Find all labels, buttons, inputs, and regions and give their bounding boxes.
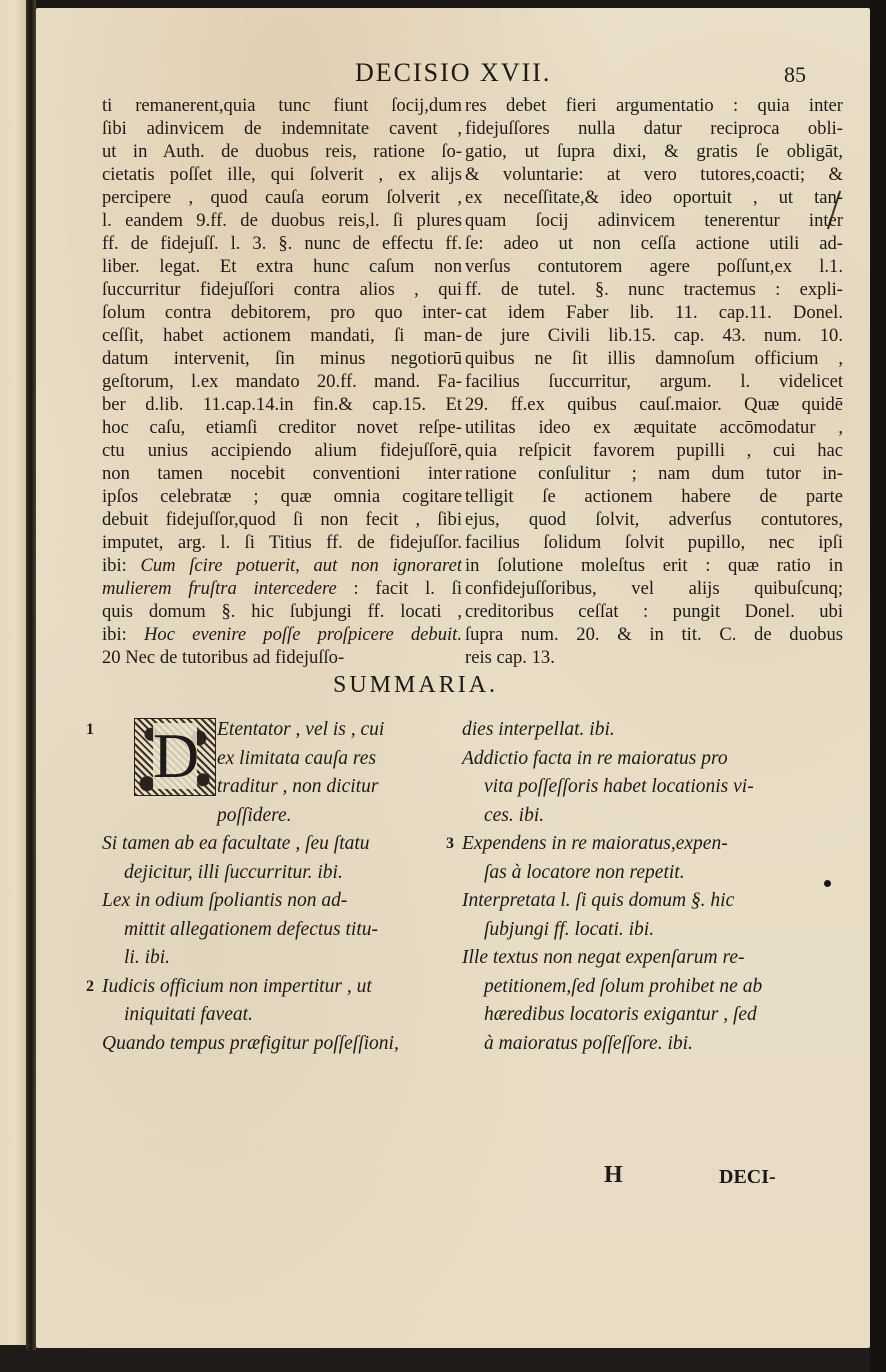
catchword: DECI- bbox=[719, 1166, 776, 1189]
text-line: & voluntarie: at vero tutores,coacti; & bbox=[465, 163, 843, 186]
text-line: 29. ff.ex quibus cauſ.maior. Quæ quidē bbox=[465, 393, 843, 416]
text-line: quam ſocij adinvicem tenerentur inter bbox=[465, 209, 843, 232]
summary-line: Quando tempus præfigitur poſſeſſioni, bbox=[102, 1030, 447, 1059]
text-line: ff. de tutel. §. nunc tractemus : expli- bbox=[465, 278, 843, 301]
text-line: imputet, arg. l. ſi Titius ff. de fideju… bbox=[102, 531, 462, 554]
text-line: verſus contutorem agere poſſunt,ex l.1. bbox=[465, 255, 843, 278]
summary-line: Iudicis officium non impertitur , ut bbox=[102, 973, 447, 1002]
running-head: DECISIO XVII. bbox=[355, 58, 551, 88]
summary-line: poſſidere. bbox=[102, 802, 447, 831]
text-line: ctu unius accipiendo alium fidejuſſorē, bbox=[102, 439, 462, 462]
text-line: datum intervenit, ſin minus negotiorū bbox=[102, 347, 462, 370]
text-column-right: res debet fieri argumentatio : quia inte… bbox=[465, 94, 843, 669]
text-line: non tamen nocebit conventioni inter bbox=[102, 462, 462, 485]
text-line: ſuccurritur fidejuſſori contra alios , q… bbox=[102, 278, 462, 301]
summary-entry: Addictio facta in re maioratus provita p… bbox=[462, 745, 822, 831]
text-line: ibi: Hoc evenire poſſe proſpicere debuit… bbox=[102, 623, 462, 646]
text-line: quibus ne ſit illis damnoſum officium , bbox=[465, 347, 843, 370]
entry-number: 1 bbox=[86, 716, 94, 745]
text-line: cietatis poſſet ille, qui ſolverit , ex … bbox=[102, 163, 462, 186]
scan-top-edge bbox=[0, 0, 886, 8]
summary-line: Addictio facta in re maioratus pro bbox=[462, 745, 822, 774]
text-line: ſolum contra debitorem, pro quo inter- bbox=[102, 301, 462, 324]
text-line: ibi: Cum ſcire potuerit, aut non ignorar… bbox=[102, 554, 462, 577]
text-line: ſe: adeo ut non ceſſa actione utili ad- bbox=[465, 232, 843, 255]
text-line: quia reſpicit favorem pupilli , cui hac bbox=[465, 439, 843, 462]
summary-entry: dies interpellat. ibi. bbox=[462, 716, 822, 745]
summary-line: dies interpellat. ibi. bbox=[462, 716, 822, 745]
text-line: ex neceſſitate,& ideo oportuit , ut tan- bbox=[465, 186, 843, 209]
summary-line: ſubjungi ff. locati. ibi. bbox=[462, 916, 822, 945]
text-line: ipſos celebratæ ; quæ omnia cogitare bbox=[102, 485, 462, 508]
text-line: gatio, ut ſupra dixi, & gratis ſe obligā… bbox=[465, 140, 843, 163]
summary-line: li. ibi. bbox=[102, 944, 447, 973]
summaria-column-left: 1Etentator , vel is , cuiex limitata cau… bbox=[102, 716, 447, 1058]
text-line: ut in Auth. de duobus reis, ratione ſo- bbox=[102, 140, 462, 163]
summary-line: Interpretata l. ſi quis domum §. hic bbox=[462, 887, 822, 916]
text-line: res debet fieri argumentatio : quia inte… bbox=[465, 94, 843, 117]
summary-entry: Si tamen ab ea facultate , ſeu ſtatudeji… bbox=[102, 830, 447, 887]
summary-line: Expendens in re maioratus,expen- bbox=[462, 830, 822, 859]
text-column-left: ti remanerent,quia tunc fiunt ſocij,dumſ… bbox=[102, 94, 462, 669]
summary-entry: Quando tempus præfigitur poſſeſſioni, bbox=[102, 1030, 447, 1059]
summary-line: Si tamen ab ea facultate , ſeu ſtatu bbox=[102, 830, 447, 859]
text-line: telligit ſe actionem habere de parte bbox=[465, 485, 843, 508]
text-line: de jure Civili lib.15. cap. 43. num. 10. bbox=[465, 324, 843, 347]
text-line: debuit fidejuſſor,quod ſi non fecit , ſi… bbox=[102, 508, 462, 531]
summary-line: ces. ibi. bbox=[462, 802, 822, 831]
text-line: percipere , quod cauſa eorum ſolverit , bbox=[102, 186, 462, 209]
text-line: hoc caſu, etiamſi creditor novet reſpe- bbox=[102, 416, 462, 439]
summary-line: dejicitur, illi ſuccurritur. ibi. bbox=[102, 859, 447, 888]
section-title: SUMMARIA. bbox=[333, 672, 498, 699]
text-line: ff. de fidejuſſ. l. 3. §. nunc de effect… bbox=[102, 232, 462, 255]
summary-line: traditur , non dicitur bbox=[102, 773, 447, 802]
summary-line: vita poſſeſſoris habet locationis vi- bbox=[462, 773, 822, 802]
text-line: utilitas ideo ex æquitate accōmodatur , bbox=[465, 416, 843, 439]
text-line: ſibi adinvicem de indemnitate cavent , bbox=[102, 117, 462, 140]
text-line: cat idem Faber lib. 11. cap.11. Donel. bbox=[465, 301, 843, 324]
text-line: geſtorum, l.ex mandato 20.ff. mand. Fa- bbox=[102, 370, 462, 393]
entry-number: 2 bbox=[86, 973, 94, 1002]
summary-entry: 3Expendens in re maioratus,expen-ſas à l… bbox=[462, 830, 822, 887]
text-line: reis cap. 13. bbox=[465, 646, 843, 669]
text-line: liber. legat. Et extra hunc caſum non bbox=[102, 255, 462, 278]
summary-line: iniquitati faveat. bbox=[102, 1001, 447, 1030]
signature-mark: H bbox=[604, 1162, 623, 1189]
text-line: facilius ſuccurritur, argum. l. videlice… bbox=[465, 370, 843, 393]
summary-line: hæredibus locatoris exigantur , ſed bbox=[462, 1001, 822, 1030]
summary-line: Lex in odium ſpoliantis non ad- bbox=[102, 887, 447, 916]
summary-entry: 1Etentator , vel is , cuiex limitata cau… bbox=[102, 716, 447, 830]
text-line: 20 Nec de tutoribus ad fidejuſſo- bbox=[102, 646, 462, 669]
summary-line: Ille textus non negat expenſarum re- bbox=[462, 944, 822, 973]
summary-line: à maioratus poſſeſſore. ibi. bbox=[462, 1030, 822, 1059]
text-line: confidejuſſoribus, vel alijs quibuſcunq; bbox=[465, 577, 843, 600]
page-number: 85 bbox=[784, 62, 806, 88]
text-line: in ſolutione moleſtus erit : quæ ratio i… bbox=[465, 554, 843, 577]
summary-line: mittit allegationem defectus titu- bbox=[102, 916, 447, 945]
text-line: ſupra num. 20. & in tit. C. de duobus bbox=[465, 623, 843, 646]
text-line: ti remanerent,quia tunc fiunt ſocij,dum bbox=[102, 94, 462, 117]
summary-line: Etentator , vel is , cui bbox=[102, 716, 447, 745]
text-line: facilius ſolidum ſolvit pupillo, nec ipſ… bbox=[465, 531, 843, 554]
summary-entry: Interpretata l. ſi quis domum §. hicſubj… bbox=[462, 887, 822, 944]
summary-entry: Ille textus non negat expenſarum re-peti… bbox=[462, 944, 822, 1058]
text-line: quis domum §. hic ſubjungi ff. locati , bbox=[102, 600, 462, 623]
text-line: ejus, quod ſolvit, adverſus contutores, bbox=[465, 508, 843, 531]
summary-entry: 2Iudicis officium non impertitur , utini… bbox=[102, 973, 447, 1030]
summary-entry: Lex in odium ſpoliantis non ad-mittit al… bbox=[102, 887, 447, 973]
summary-line: ex limitata cauſa res bbox=[102, 745, 447, 774]
text-line: creditoribus ceſſat : pungit Donel. ubi bbox=[465, 600, 843, 623]
summary-line: ſas à locatore non repetit. bbox=[462, 859, 822, 888]
entry-number: 3 bbox=[446, 830, 454, 859]
text-line: ceſſit, habet actionem mandati, ſi man- bbox=[102, 324, 462, 347]
facing-page-edge bbox=[0, 0, 26, 1345]
text-line: ratione conſulitur ; nam dum tutor in- bbox=[465, 462, 843, 485]
scan-right-edge bbox=[870, 0, 886, 1372]
text-line: l. eandem 9.ff. de duobus reis,l. ſi plu… bbox=[102, 209, 462, 232]
text-line: fidejuſſores nulla datur reciproca obli- bbox=[465, 117, 843, 140]
text-line: ber d.lib. 11.cap.14.in fin.& cap.15. Et bbox=[102, 393, 462, 416]
summaria-column-right: dies interpellat. ibi.Addictio facta in … bbox=[462, 716, 822, 1058]
book-gutter bbox=[26, 0, 36, 1350]
summary-line: petitionem,ſed ſolum prohibet ne ab bbox=[462, 973, 822, 1002]
text-line: mulierem fruſtra intercedere : facit l. … bbox=[102, 577, 462, 600]
ink-dot bbox=[824, 880, 831, 887]
